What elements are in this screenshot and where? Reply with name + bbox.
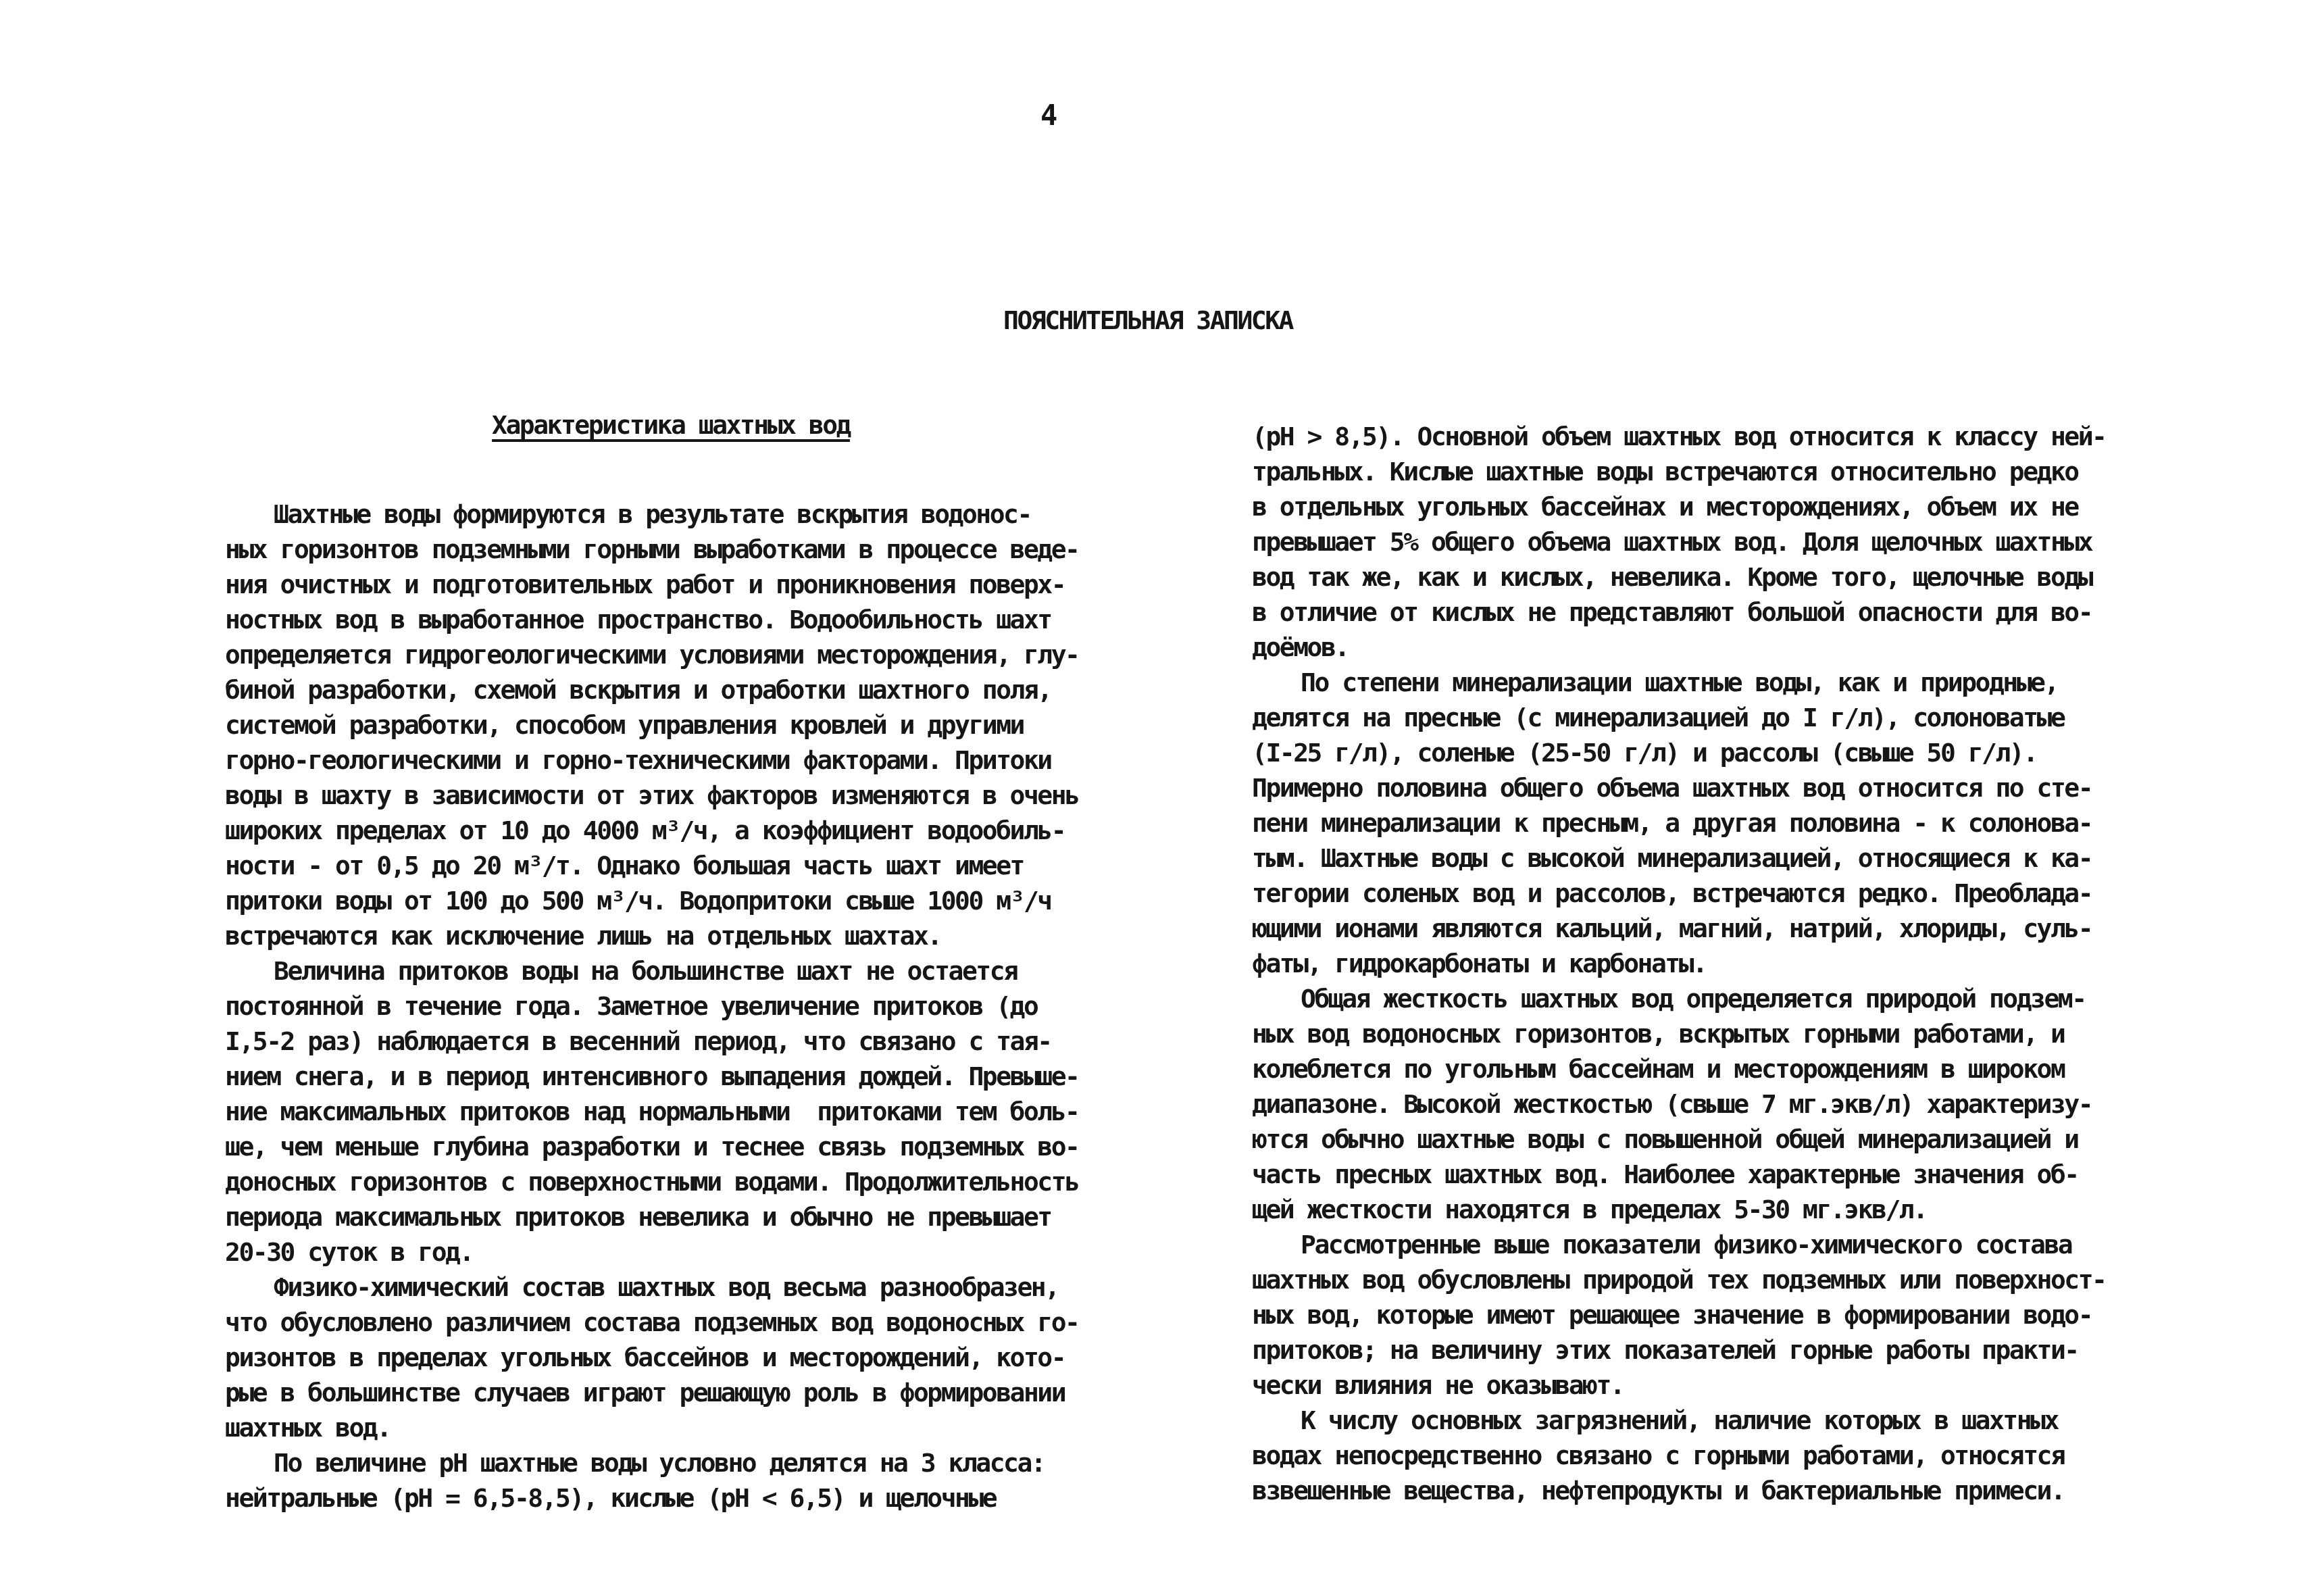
text-line: По величине рН шахтные воды условно деля… <box>225 1445 1117 1480</box>
text-line: (рН > 8,5). Основной объем шахтных вод о… <box>1252 419 2150 454</box>
text-line: По степени минерализации шахтные воды, к… <box>1252 665 2150 700</box>
text-line: системой разработки, способом управления… <box>225 707 1117 743</box>
text-line: тым. Шахтные воды с высокой минерализаци… <box>1252 841 2150 876</box>
text-line: К числу основных загрязнений, наличие ко… <box>1252 1403 2150 1438</box>
text-line: биной разработки, схемой вскрытия и отра… <box>225 672 1117 707</box>
text-line: тегории соленых вод и рассолов, встречаю… <box>1252 876 2150 911</box>
text-line: Рассмотренные выше показатели физико-хим… <box>1252 1227 2150 1262</box>
page-background: 4 ПОЯСНИТЕЛЬНАЯ ЗАПИСКА Характеристика ш… <box>0 0 2314 1596</box>
text-line: встречаются как исключение лишь на отдел… <box>225 918 1117 953</box>
text-line: нейтральные (рН = 6,5-8,5), кислые (рН <… <box>225 1480 1117 1516</box>
text-line: ных вод водоносных горизонтов, вскрытых … <box>1252 1016 2150 1051</box>
text-line: щей жесткости находятся в пределах 5-30 … <box>1252 1192 2150 1227</box>
paragraph: (рН > 8,5). Основной объем шахтных вод о… <box>1252 419 2150 665</box>
text-line: широких пределах от 10 до 4000 м³/ч, а к… <box>225 813 1117 848</box>
document-title: ПОЯСНИТЕЛЬНАЯ ЗАПИСКА <box>1003 305 1292 335</box>
page-number: 4 <box>1040 99 1056 132</box>
text-line: фаты, гидрокарбонаты и карбонаты. <box>1252 946 2150 981</box>
text-line: ных вод, которые имеют решающее значение… <box>1252 1297 2150 1332</box>
text-line: ются обычно шахтные воды с повышенной об… <box>1252 1122 2150 1157</box>
paragraph: Величина притоков воды на большинстве ша… <box>225 953 1117 1270</box>
text-line: делятся на пресные (с минерализацией до … <box>1252 700 2150 735</box>
text-line: горно-геологическими и горно-техническим… <box>225 743 1117 778</box>
section-heading: Характеристика шахтных вод <box>225 407 1117 443</box>
text-line: часть пресных шахтных вод. Наиболее хара… <box>1252 1157 2150 1192</box>
paragraph: По степени минерализации шахтные воды, к… <box>1252 665 2150 981</box>
right-column-paragraphs: (рН > 8,5). Основной объем шахтных вод о… <box>1252 419 2150 1508</box>
text-line: Физико-химический состав шахтных вод вес… <box>225 1270 1117 1305</box>
text-line: пени минерализации к пресным, а другая п… <box>1252 805 2150 841</box>
text-line: рые в большинстве случаев играют решающу… <box>225 1375 1117 1410</box>
text-line: ние максимальных притоков над нормальным… <box>225 1094 1117 1129</box>
text-line: вод так же, как и кислых, невелика. Кром… <box>1252 559 2150 595</box>
paragraph: Шахтные воды формируются в результате вс… <box>225 497 1117 953</box>
left-column-paragraphs: Шахтные воды формируются в результате вс… <box>225 497 1117 1516</box>
text-line: Величина притоков воды на большинстве ша… <box>225 953 1117 989</box>
text-line: водах непосредственно связано с горными … <box>1252 1438 2150 1473</box>
text-line: (I-25 г/л), соленые (25-50 г/л) и рассол… <box>1252 735 2150 770</box>
paragraph: По величине рН шахтные воды условно деля… <box>225 1445 1117 1516</box>
text-line: нием снега, и в период интенсивного выпа… <box>225 1059 1117 1094</box>
text-line: притоков; на величину этих показателей г… <box>1252 1332 2150 1368</box>
paragraph: Рассмотренные выше показатели физико-хим… <box>1252 1227 2150 1403</box>
text-line: в отдельных угольных бассейнах и месторо… <box>1252 489 2150 524</box>
text-line: ше, чем меньше глубина разработки и тесн… <box>225 1129 1117 1164</box>
text-line: притоки воды от 100 до 500 м³/ч. Водопри… <box>225 883 1117 918</box>
text-line: ных горизонтов подземными горными вырабо… <box>225 532 1117 567</box>
paragraph: К числу основных загрязнений, наличие ко… <box>1252 1403 2150 1508</box>
text-line: ния очистных и подготовительных работ и … <box>225 567 1117 602</box>
text-line: Примерно половина общего объема шахтных … <box>1252 770 2150 805</box>
paragraph: Общая жесткость шахтных вод определяется… <box>1252 981 2150 1227</box>
text-line: постоянной в течение года. Заметное увел… <box>225 989 1117 1024</box>
text-line: шахтных вод обусловлены природой тех под… <box>1252 1262 2150 1297</box>
text-line: в отличие от кислых не представляют боль… <box>1252 595 2150 630</box>
text-line: определяется гидрогеологическими условия… <box>225 637 1117 672</box>
text-line: ности - от 0,5 до 20 м³/т. Однако больша… <box>225 848 1117 883</box>
text-line: тральных. Кислые шахтные воды встречаютс… <box>1252 454 2150 489</box>
paragraph: Физико-химический состав шахтных вод вес… <box>225 1270 1117 1445</box>
text-line: шахтных вод. <box>225 1410 1117 1445</box>
text-line: колеблется по угольным бассейнам и место… <box>1252 1051 2150 1087</box>
text-line: доёмов. <box>1252 630 2150 665</box>
text-line: взвешенные вещества, нефтепродукты и бак… <box>1252 1473 2150 1508</box>
text-line: чески влияния не оказывают. <box>1252 1368 2150 1403</box>
left-text-column: Характеристика шахтных вод Шахтные воды … <box>225 407 1117 1516</box>
text-line: ностных вод в выработанное пространство.… <box>225 602 1117 637</box>
scanned-document-page: { "page": { "number": "4", "title": "ПОЯ… <box>0 0 2314 1596</box>
text-line: доносных горизонтов с поверхностными вод… <box>225 1164 1117 1199</box>
text-line: превышает 5% общего объема шахтных вод. … <box>1252 524 2150 559</box>
text-line: I,5-2 раз) наблюдается в весенний период… <box>225 1024 1117 1059</box>
right-text-column: (рН > 8,5). Основной объем шахтных вод о… <box>1252 419 2150 1508</box>
text-line: ризонтов в пределах угольных бассейнов и… <box>225 1340 1117 1375</box>
text-line: Шахтные воды формируются в результате вс… <box>225 497 1117 532</box>
text-line: периода максимальных притоков невелика и… <box>225 1199 1117 1235</box>
text-line: 20-30 суток в год. <box>225 1235 1117 1270</box>
text-line: ющими ионами являются кальций, магний, н… <box>1252 911 2150 946</box>
text-line: воды в шахту в зависимости от этих факто… <box>225 778 1117 813</box>
text-line: диапазоне. Высокой жесткостью (свыше 7 м… <box>1252 1087 2150 1122</box>
text-line: Общая жесткость шахтных вод определяется… <box>1252 981 2150 1016</box>
text-line: что обусловлено различием состава подзем… <box>225 1305 1117 1340</box>
